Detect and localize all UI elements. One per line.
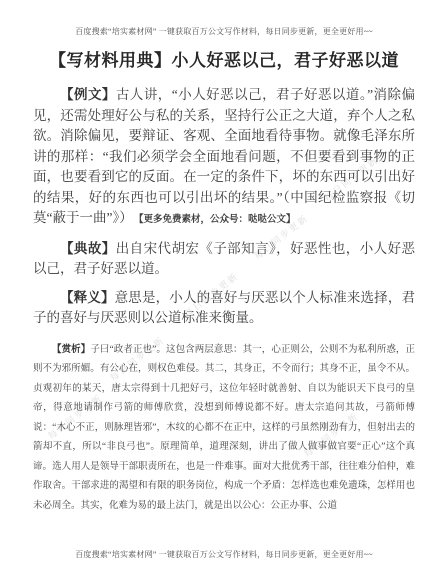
promo-note: 【更多免费素材，公众号：哒哒公文】 <box>139 215 296 225</box>
section-label-appreciation: 【赏析】 <box>52 345 90 355</box>
section-text-appreciation: 子曰“政者正也”。这包含两层意思：其一，心正则公，公则不为私利所惑，正则不为邪所… <box>33 345 415 511</box>
section-label-allusion: 【典故】 <box>60 241 116 256</box>
paragraph-definition: 【释义】意思是，小人的喜好与厌恶以个人标准来选择，君子的喜好与厌恶则以公道标准来… <box>33 288 415 329</box>
document-body: 【例文】古人讲，“小人好恶以己，君子好恶以道。”消除偏见，还需处理好公与私的关系… <box>33 85 415 516</box>
footer-note: 百度搜索“培实素材网” 一键获取百万公文写作材料，每日同步更新，更全更好用~~ <box>0 549 448 560</box>
section-label-definition: 【释义】 <box>60 290 115 305</box>
header-note: 百度搜索“培实素材网” 一键获取百万公文写作材料，每日同步更新，更全更好用~~ <box>0 26 448 37</box>
section-label-example: 【例文】 <box>60 87 116 102</box>
paragraph-allusion: 【典故】出自宋代胡宏《子部知言》，好恶性也，小人好恶以己，君子好恶以道。 <box>33 239 415 280</box>
page-title: 【写材料用典】小人好恶以己，君子好恶以道 <box>20 46 428 71</box>
document-page: 每日同步更新 每日同步更新 每日同步更新 每日同步更新 每日同步更新 每日同步更… <box>0 0 448 580</box>
section-text-example: 古人讲，“小人好恶以己，君子好恶以道。”消除偏见，还需处理好公与私的关系，坚持行… <box>33 87 415 225</box>
paragraph-example: 【例文】古人讲，“小人好恶以己，君子好恶以道。”消除偏见，还需处理好公与私的关系… <box>33 85 415 231</box>
paragraph-appreciation: 【赏析】子曰“政者正也”。这包含两层意思：其一，心正则公，公则不为私利所惑，正则… <box>33 341 415 517</box>
